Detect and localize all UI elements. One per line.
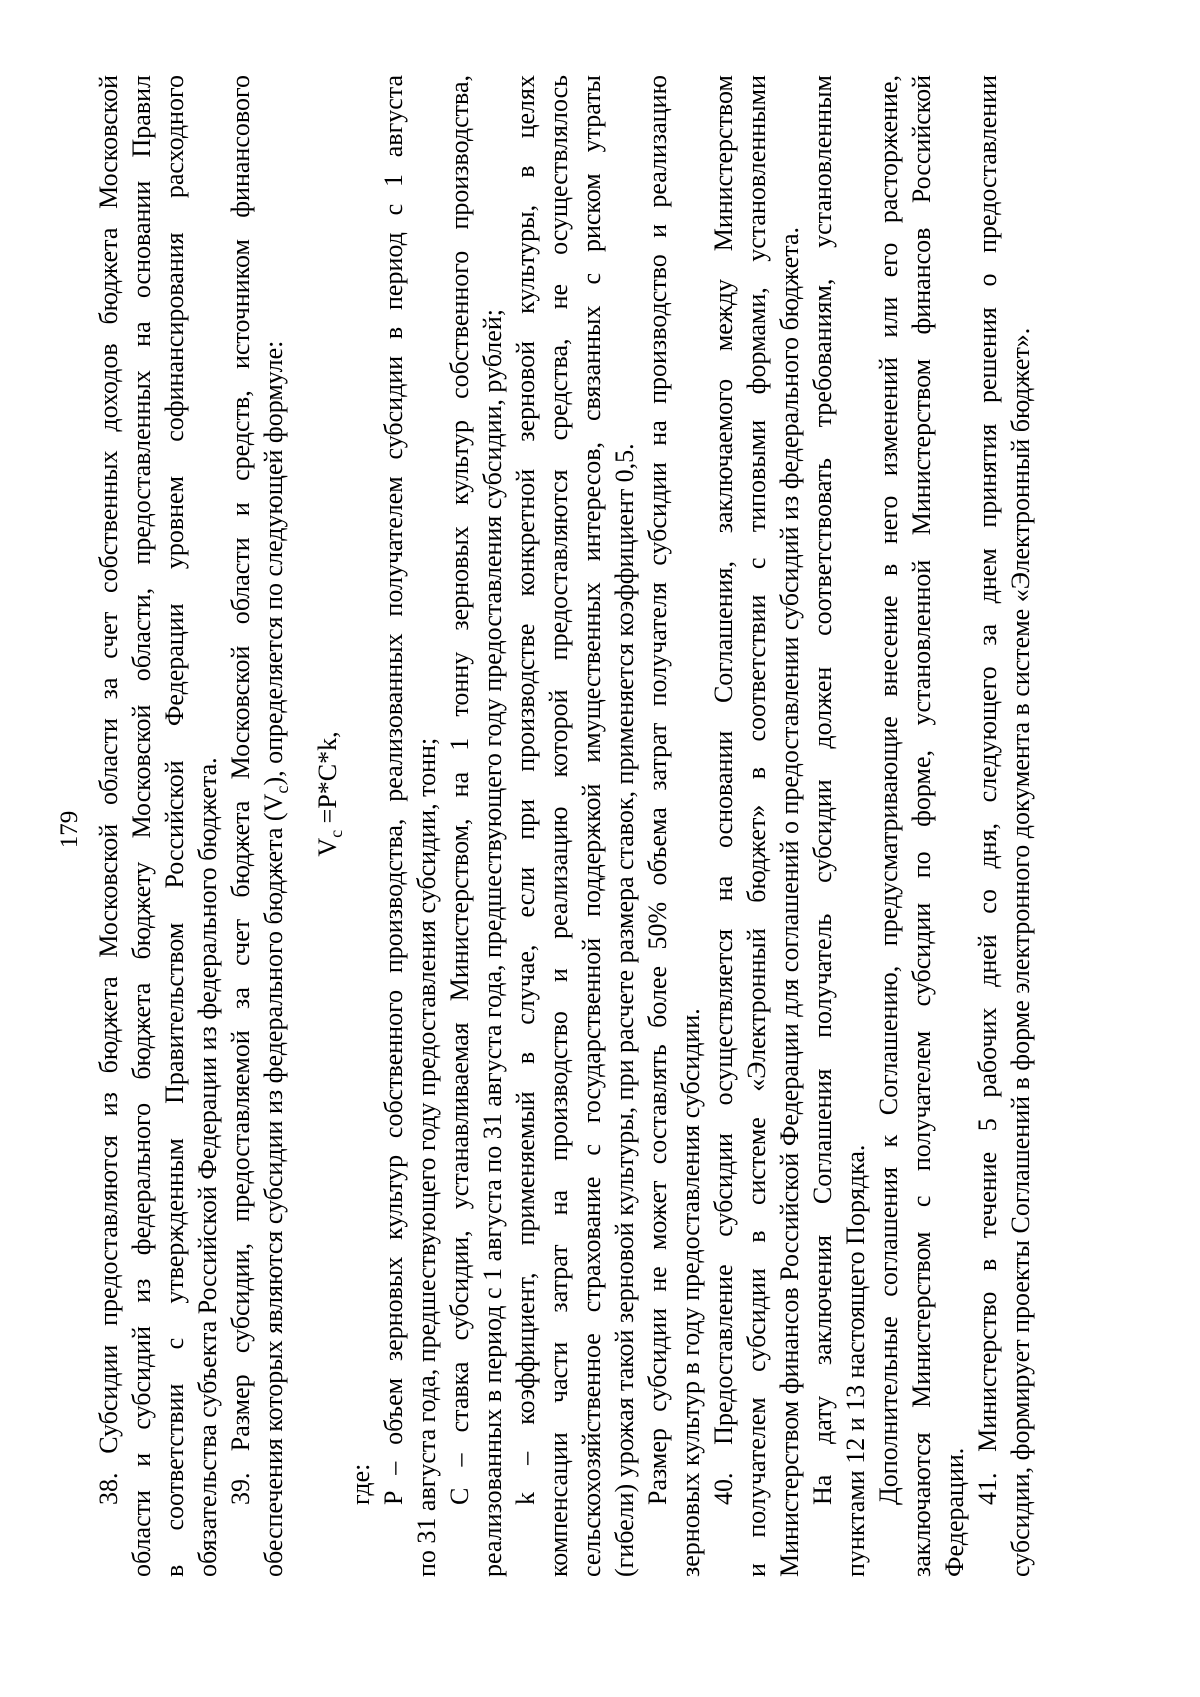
formula: Vc =P*C*k, [311,75,344,1577]
text-line: компенсации части затрат на производство… [542,75,575,1577]
text-line: 38. Субсидии предоставляются из бюджета … [92,75,125,1577]
text-line: (гибели) урожая такой зерновой культуры,… [608,75,641,1577]
text-line: Размер субсидии не может составлять боле… [641,75,674,1577]
text-line: 40. Предоставление субсидии осуществляет… [707,75,740,1577]
text-line: Федерации. [938,75,971,1577]
text-line: и получателем субсидии в системе «Электр… [740,75,773,1577]
text-line: субсидии, формирует проекты Соглашений в… [1004,75,1037,1577]
line-text: ), определяется по следующей формуле: [259,341,288,786]
text-line: сельскохозяйственное страхование с госуд… [575,75,608,1577]
formula-variable: V [313,838,342,857]
text-line: На дату заключения Соглашения получатель… [806,75,839,1577]
text-line: Министерством финансов Российской Федера… [773,75,806,1577]
text-line: области и субсидий из федерального бюдже… [125,75,158,1577]
formula-expression: =P*C*k, [313,731,342,829]
text-line: заключаются Министерством с получателем … [905,75,938,1577]
document-text: 38. Субсидии предоставляются из бюджета … [0,0,1037,1697]
text-line: зерновых культур в году предоставления с… [674,75,707,1577]
text-line: P – объем зерновых культур собственного … [377,75,410,1577]
text-line: где: [344,75,377,1577]
text-line: в соответствии с утвержденным Правительс… [158,75,191,1577]
text-line: 39. Размер субсидии, предоставляемой за … [224,75,257,1577]
text-line: по 31 августа года, предшествующего году… [410,75,443,1577]
subscript-c: c [326,830,344,838]
text-line: 41. Министерство в течение 5 рабочих дне… [971,75,1004,1577]
text-line: реализованных в период с 1 августа по 31… [476,75,509,1577]
text-line: обязательства субъекта Российской Федера… [191,75,224,1577]
text-line: Дополнительные соглашения к Соглашению, … [872,75,905,1577]
text-line: пунктами 12 и 13 настоящего Порядка. [839,75,872,1577]
document-scan: 179 38. Субсидии предоставляются из бюдж… [0,0,1200,1697]
subscript-c: c [272,786,290,794]
text-line: k – коэффициент, применяемый в случае, е… [509,75,542,1577]
rotated-document-page: 179 38. Субсидии предоставляются из бюдж… [0,0,1200,1697]
text-line: обеспечения которых являются субсидии из… [257,75,290,1577]
line-text: обеспечения которых являются субсидии из… [259,794,288,1577]
text-line: С – ставка субсидии, устанавливаемая Мин… [443,75,476,1577]
